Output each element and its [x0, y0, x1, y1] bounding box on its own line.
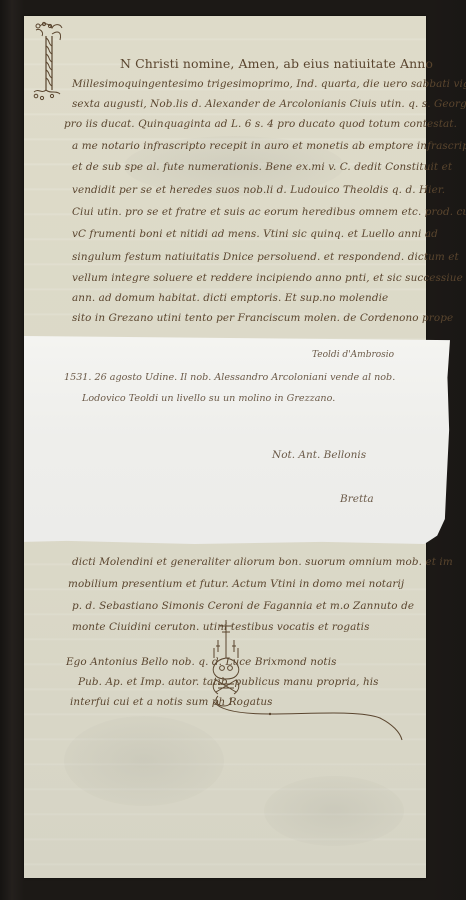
text-line: dicti Molendini et generaliter aliorum b… [72, 556, 453, 568]
parchment-stain [64, 716, 224, 806]
text-line: sexta augusti, Nob.lis d. Alexander de A… [72, 98, 466, 110]
note-signature-notary: Not. Ant. Bellonis [272, 450, 366, 461]
archival-note-slip [24, 336, 450, 544]
text-line: vendidit per se et heredes suos nob.li d… [72, 184, 445, 196]
text-line: ann. ad domum habitat. dicti emptoris. E… [72, 292, 388, 304]
text-line: vellum integre soluere et reddere incipi… [72, 272, 463, 284]
decorated-initial-icon [30, 20, 72, 102]
text-line: Millesimoquingentesimo trigesimoprimo, I… [72, 78, 466, 90]
note-line: 1531. 26 agosto Udine. Il nob. Alessandr… [64, 372, 395, 383]
note-header: Teoldi d'Ambrosio [312, 350, 394, 361]
text-line: Ciui utin. pro se et fratre et suis ac e… [72, 206, 466, 218]
text-line: et de sub spe al. fute numerationis. Ben… [72, 161, 452, 173]
note-line: Lodovico Teoldi un livello su un molino … [82, 393, 335, 404]
text-line: pro iis ducat. Quinquaginta ad L. 6 s. 4… [64, 118, 457, 130]
subscription-line: Pub. Ap. et Imp. autor. tatib. publicus … [78, 676, 379, 688]
text-line: mobilium presentium et futur. Actum Vtin… [68, 578, 404, 590]
note-signature-bretta: Bretta [340, 494, 374, 505]
flourish-stroke-icon [210, 700, 410, 746]
text-line: vC frumenti boni et nitidi ad mens. Vtin… [72, 228, 438, 240]
parchment-stain [264, 776, 404, 846]
text-line: singulum festum natiuitatis Dnice persol… [72, 251, 459, 263]
text-line: p. d. Sebastiano Simonis Ceroni de Fagan… [72, 600, 414, 612]
text-line: sito in Grezano utini tento per Francisc… [72, 312, 453, 324]
text-line: a me notario infrascripto recepit in aur… [72, 140, 466, 152]
text-line: N Christi nomine, Amen, ab eius natiuita… [120, 58, 433, 70]
subscription-line: Ego Antonius Bello nob. q. d. Luce Brixm… [66, 656, 337, 668]
